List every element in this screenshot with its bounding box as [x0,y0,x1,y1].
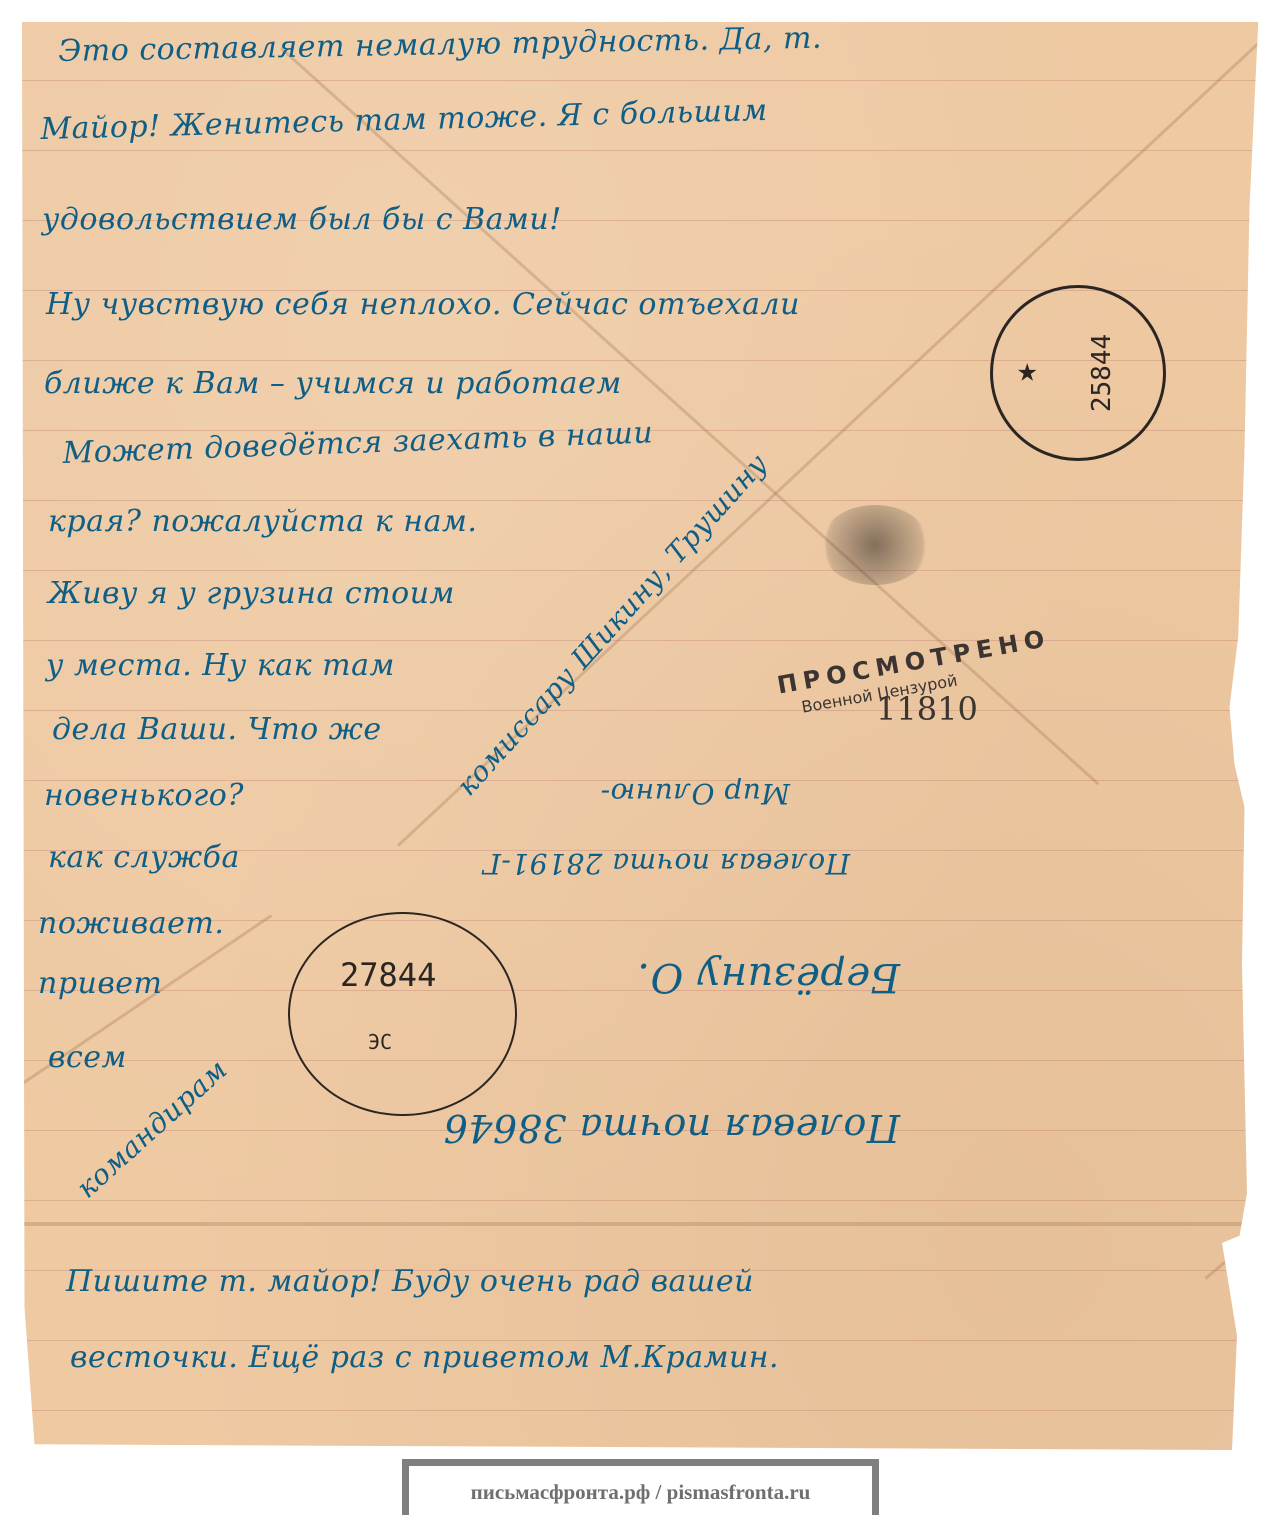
letter-line: у места. Ну как там [46,648,395,683]
address-line: Берёзину О. [637,954,900,1000]
postmark-bottom-code: ЭС [368,1030,392,1054]
fold-crease [280,47,1099,785]
letter-line: края? пожалуйста к нам. [48,504,477,539]
letter-line: Живу я у грузина стоим [48,576,455,611]
letter-line: новенького? [44,778,244,813]
letter-line: Ну чувствую себя неплохо. Сейчас отъехал… [46,287,800,322]
postmark-bottom: 27844 ЭС [288,912,517,1116]
censor-emblem [820,505,930,585]
ruled-line [22,640,1272,641]
letter-line: привет [38,966,163,1001]
ruled-line [22,710,1272,711]
ruled-line [22,1200,1272,1201]
letter-line: поживает. [38,906,224,941]
ruled-line [22,150,1272,151]
address-line: Полевая почта 38646 [443,1106,900,1150]
letter-line: удовольствием был бы с Вами! [42,202,562,237]
star-icon: ★ [1017,350,1037,390]
address-line: Полевая почта 28191-Г [482,847,850,880]
ruled-line [22,80,1272,81]
ruled-line [22,500,1272,501]
postmark-bottom-date: 27844 [340,956,436,994]
postmark-top-date: 25844 [1087,334,1117,412]
ruled-line [22,1410,1272,1411]
letter-line: дела Ваши. Что же [52,712,382,747]
censor-stamp-number: 11810 [876,690,978,728]
letter-line: ближе к Вам – учимся и работаем [44,366,622,401]
postmark-top: 25844 ★ [990,285,1166,461]
letter-line: всем [48,1040,127,1075]
address-line: Мир Олиню- [600,777,790,810]
watermark-box: письмасфронта.рф / pismasfronta.ru [402,1459,879,1515]
watermark-text[interactable]: письмасфронта.рф / pismasfronta.ru [471,1480,811,1505]
closing-line: весточки. Ещё раз с приветом М.Крамин. [70,1340,779,1375]
letter-line: как служба [48,840,240,875]
closing-line: Пишите т. майор! Буду очень рад вашей [66,1264,754,1299]
fold-crease [22,1222,1272,1226]
fold-crease [1204,1252,1237,1280]
